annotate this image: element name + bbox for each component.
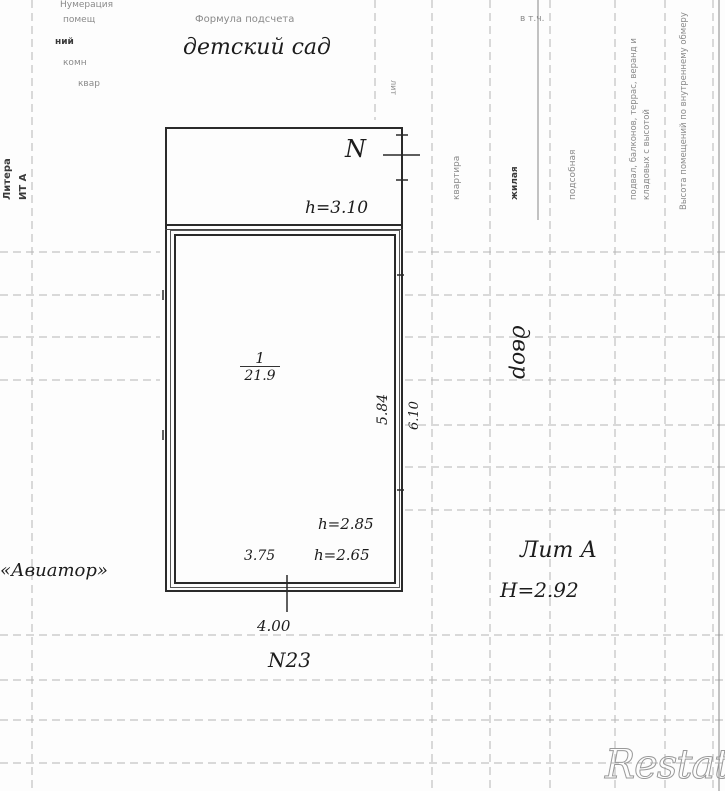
restate-watermark: Restate [605, 742, 725, 788]
litera-label: Лит А [520, 538, 597, 563]
courtyard-label: двор [507, 325, 532, 379]
height-inner-1: h=2.85 [318, 515, 374, 533]
height-inner-2: h=2.65 [314, 546, 370, 564]
room-area: 21.9 [240, 367, 280, 385]
room-label: 1 21.9 [240, 350, 280, 385]
inner-width: 3.75 [244, 548, 275, 564]
outer-width: 4.00 [257, 617, 290, 635]
outer-length: 6.10 [407, 401, 422, 430]
room-number: 1 [240, 350, 280, 367]
h-value-label: Н=2.92 [500, 578, 579, 602]
left-name-label: «Авиатор» [0, 560, 108, 581]
building-number: N23 [268, 648, 311, 672]
height-top: h=3.10 [305, 198, 368, 218]
north-label: N [345, 135, 366, 163]
inner-length: 5.84 [375, 394, 391, 425]
plan-marks [0, 0, 725, 791]
